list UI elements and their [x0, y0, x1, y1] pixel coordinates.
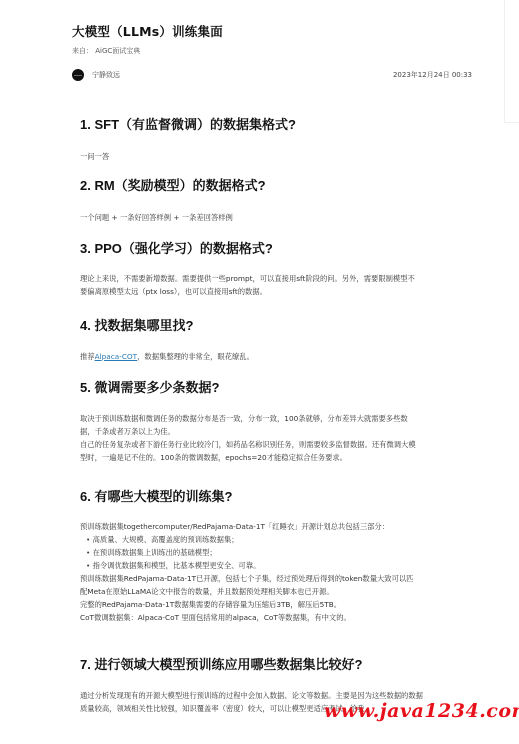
- section-heading: 5. 微调需要多少条数据?: [80, 379, 500, 397]
- section-paragraph: 自己的任务复杂或者下游任务行业比较冷门，如药品名称识别任务，则需要较多监督数据。…: [80, 438, 420, 464]
- section-paragraph: 预训练数据集RedPajama-Data-1T已开源，包括七个子集，经过预处理后…: [80, 572, 420, 598]
- recommend-prefix: 推荐: [80, 352, 95, 361]
- section-paragraph: 完整的RedPajama-Data-1T数据集需要的存储容量为压缩后3TB，解压…: [80, 598, 500, 611]
- side-panel-border-bottom: [504, 122, 519, 123]
- section-1: 1. SFT（有监督微调）的数据集格式? 一问一答: [80, 116, 500, 163]
- author[interactable]: 宁静致远: [72, 69, 120, 81]
- document-source: 来自： AiGC面试宝典: [72, 46, 472, 56]
- avatar[interactable]: [72, 69, 84, 81]
- document-header: 大模型（LLMs）训练集面 来自： AiGC面试宝典: [72, 22, 472, 56]
- section-heading: 3. PPO（强化学习）的数据格式?: [80, 240, 500, 258]
- section-intro: 预训练数据集togethercomputer/RedPajama-Data-1T…: [80, 520, 500, 533]
- section-paragraph: 推荐Alpaca-COT，数据集整理的非常全，眼花缭乱。: [80, 350, 500, 363]
- author-name[interactable]: 宁静致远: [92, 70, 120, 80]
- section-paragraph: 一个问题 + 一条好回答样例 + 一条差回答样例: [80, 211, 500, 224]
- list-item: 在预训练数据集上训练出的基础模型；: [86, 546, 500, 559]
- side-panel-border: [504, 0, 505, 122]
- section-heading: 1. SFT（有监督微调）的数据集格式?: [80, 116, 500, 134]
- recommend-suffix: ，数据集整理的非常全，眼花缭乱。: [137, 352, 254, 361]
- document-page: 大模型（LLMs）训练集面 来自： AiGC面试宝典 宁静致远 2023年12月…: [0, 0, 519, 744]
- document-title: 大模型（LLMs）训练集面: [72, 22, 472, 40]
- publish-date: 2023年12月24日 00:33: [393, 70, 472, 80]
- section-6: 6. 有哪些大模型的训练集? 预训练数据集togethercomputer/Re…: [80, 488, 500, 624]
- section-heading: 4. 找数据集哪里找?: [80, 317, 500, 335]
- list-item: 高质量、大规模、高覆盖度的预训练数据集；: [86, 533, 500, 546]
- section-heading: 6. 有哪些大模型的训练集?: [80, 488, 500, 506]
- section-2: 2. RM（奖励模型）的数据格式? 一个问题 + 一条好回答样例 + 一条差回答…: [80, 177, 500, 224]
- alpaca-cot-link[interactable]: Alpaca-COT: [95, 352, 138, 361]
- watermark: www.java1234.com: [324, 700, 519, 722]
- section-heading: 7. 进行领域大模型预训练应用哪些数据集比较好?: [80, 656, 500, 674]
- section-4: 4. 找数据集哪里找? 推荐Alpaca-COT，数据集整理的非常全，眼花缭乱。: [80, 317, 500, 363]
- section-3: 3. PPO（强化学习）的数据格式? 理论上来说，不需要新增数据。需要提供一些p…: [80, 240, 500, 298]
- section-paragraph: 一问一答: [80, 150, 500, 163]
- author-row: 宁静致远 2023年12月24日 00:33: [72, 68, 472, 82]
- section-paragraph: 取决于预训练数据和微调任务的数据分布是否一致，分布一致，100条就够，分布差异大…: [80, 412, 420, 438]
- list-item: 指令调优数据集和模型，比基本模型更安全、可靠。: [86, 559, 500, 572]
- section-paragraph: 理论上来说，不需要新增数据。需要提供一些prompt，可以直接用sft阶段的问。…: [80, 272, 420, 298]
- feature-list: 高质量、大规模、高覆盖度的预训练数据集； 在预训练数据集上训练出的基础模型； 指…: [80, 533, 500, 572]
- section-heading: 2. RM（奖励模型）的数据格式?: [80, 177, 500, 195]
- section-paragraph: CoT微调数据集：Alpaca-CoT 里面包括常用的alpaca，CoT等数据…: [80, 611, 500, 624]
- section-5: 5. 微调需要多少条数据? 取决于预训练数据和微调任务的数据分布是否一致，分布一…: [80, 379, 500, 464]
